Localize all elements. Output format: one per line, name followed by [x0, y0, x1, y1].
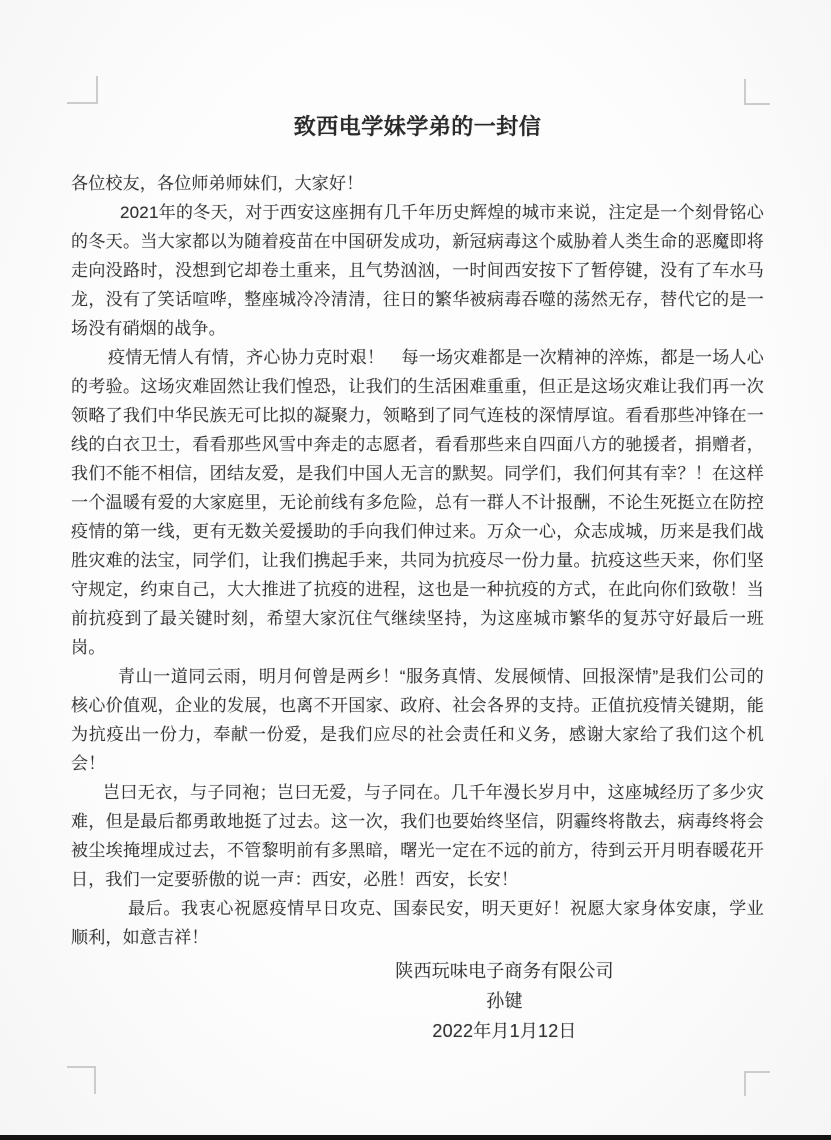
- letter-greeting: 各位校友，各位师弟师妹们，大家好！: [71, 169, 764, 198]
- scan-crop-corner-top-right: [744, 79, 770, 105]
- scanned-letter-page: 致西电学妹学弟的一封信 各位校友，各位师弟师妹们，大家好！ 2021年的冬天，对…: [0, 0, 831, 1140]
- letter-body: 致西电学妹学弟的一封信 各位校友，各位师弟师妹们，大家好！ 2021年的冬天，对…: [71, 112, 764, 1046]
- scan-crop-corner-bottom-left: [67, 1066, 96, 1094]
- letter-paragraph-4: 岂曰无衣，与子同袍；岂曰无爱，与子同在。几千年漫长岁月中，这座城经历了多少灾难，…: [71, 778, 764, 894]
- letter-paragraph-1: 2021年的冬天，对于西安这座拥有几千年历史辉煌的城市来说，注定是一个刻骨铭心的…: [71, 198, 764, 343]
- scan-crop-corner-bottom-right: [744, 1071, 770, 1096]
- scan-crop-corner-top-left: [67, 76, 98, 104]
- letter-paragraph-2: 疫情无情人有情，齐心协力克时艰！ 每一场灾难都是一次精神的淬炼，都是一场人心的考…: [71, 343, 764, 662]
- signature-block: 陕西玩味电子商务有限公司 孙键 2022年月1月12日: [245, 956, 764, 1046]
- letter-paragraph-3: 青山一道同云雨，明月何曾是两乡！“服务真情、发展倾情、回报深情”是我们公司的核心…: [71, 662, 764, 778]
- signature-name: 孙键: [245, 986, 764, 1016]
- signature-company: 陕西玩味电子商务有限公司: [245, 956, 764, 986]
- signature-date: 2022年月1月12日: [245, 1016, 764, 1046]
- letter-title: 致西电学妹学弟的一封信: [71, 112, 764, 142]
- photo-bottom-edge: [0, 1135, 831, 1140]
- letter-paragraph-5: 最后。我衷心祝愿疫情早日攻克、国泰民安，明天更好！祝愿大家身体安康，学业顺利，如…: [71, 894, 764, 952]
